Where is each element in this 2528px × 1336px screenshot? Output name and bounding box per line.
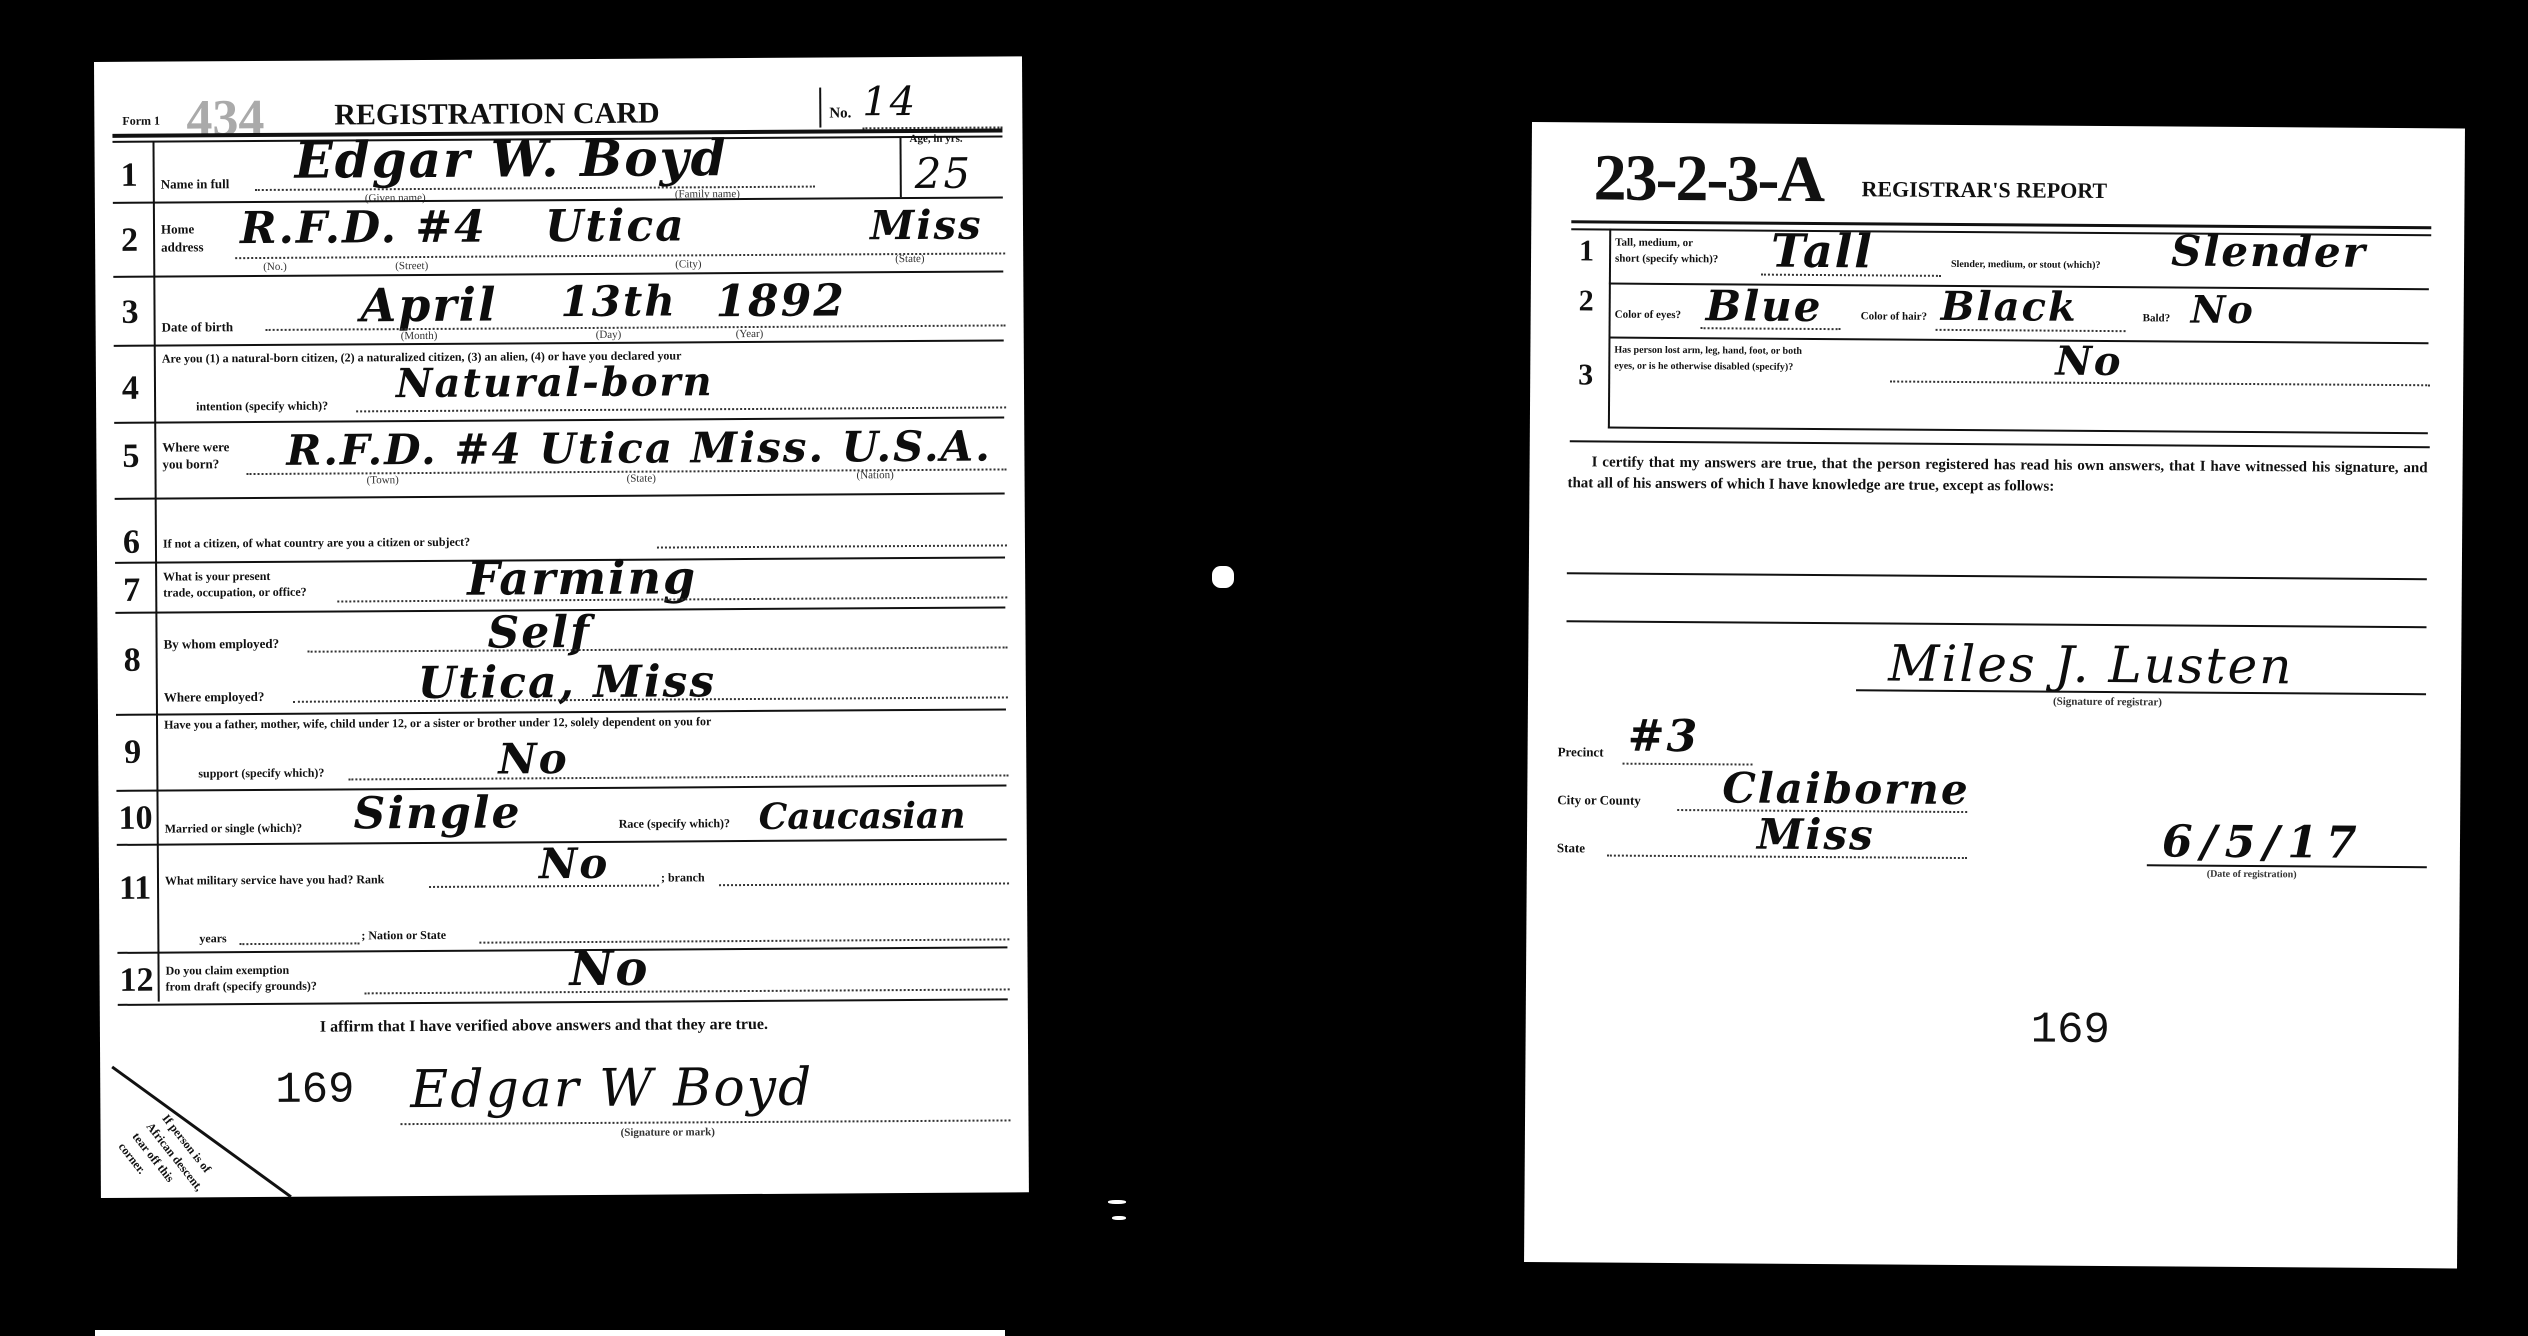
caption-state: (State) bbox=[895, 253, 924, 265]
birthplace-label-2: you born? bbox=[162, 456, 219, 472]
report-row-number-3: 3 bbox=[1578, 358, 1593, 392]
state-label: State bbox=[1557, 840, 1585, 856]
bald-label: Bald? bbox=[2143, 312, 2171, 324]
employer-label: By whom employed? bbox=[164, 636, 280, 653]
caption-town: (Town) bbox=[367, 474, 399, 486]
caption-city: (City) bbox=[675, 258, 701, 270]
affirmation-text: I affirm that I have verified above answ… bbox=[320, 1016, 768, 1037]
dependents-value: No bbox=[498, 734, 569, 783]
row-number-4: 4 bbox=[122, 370, 139, 408]
report-rule-2 bbox=[1608, 337, 2428, 345]
occupation-label-2: trade, occupation, or office? bbox=[163, 585, 307, 601]
registrars-report-card: 23-2-3-A REGISTRAR'S REPORT 1 Tall, medi… bbox=[1524, 122, 2465, 1268]
caption-birth-state: (State) bbox=[627, 473, 656, 485]
report-rule-3b bbox=[1570, 440, 2430, 448]
card-title: REGISTRATION CARD bbox=[334, 97, 660, 133]
build-label: Slender, medium, or stout (which)? bbox=[1951, 259, 2101, 271]
name-label: Name in full bbox=[161, 176, 230, 192]
home-number-value: R.F.D. #4 bbox=[240, 202, 487, 255]
signature-caption: (Signature or mark) bbox=[621, 1126, 715, 1139]
dob-month-value: April bbox=[360, 278, 497, 333]
row-number-11: 11 bbox=[119, 870, 151, 908]
number-column-rule bbox=[152, 142, 159, 1002]
name-value: Edgar W. Boyd bbox=[294, 128, 727, 190]
signature-line bbox=[400, 1119, 1010, 1125]
state-value: Miss bbox=[1757, 810, 1875, 860]
caption-year: (Year) bbox=[736, 328, 764, 340]
citizenship-line bbox=[356, 406, 1006, 412]
caption-street: (Street) bbox=[395, 260, 428, 272]
height-label-1: Tall, medium, or bbox=[1615, 237, 1693, 250]
race-label: Race (specify which)? bbox=[619, 816, 730, 832]
birthplace-value: R.F.D. #4 Utica Miss. U.S.A. bbox=[286, 422, 992, 475]
dob-label: Date of birth bbox=[162, 319, 234, 335]
military-years-label: years bbox=[199, 931, 226, 946]
row-number-3: 3 bbox=[121, 294, 138, 332]
row-rule-3 bbox=[114, 339, 1004, 346]
home-city-value: Utica bbox=[545, 200, 686, 252]
next-card-edge bbox=[95, 1330, 1005, 1336]
report-title: REGISTRAR'S REPORT bbox=[1861, 176, 2107, 204]
citizenship-value: Natural-born bbox=[396, 358, 714, 407]
report-rule-3 bbox=[1608, 427, 2428, 435]
military-branch-label: ; branch bbox=[661, 870, 705, 885]
row-number-5: 5 bbox=[122, 438, 139, 476]
bald-value: No bbox=[2191, 287, 2255, 332]
exemption-label-1: Do you claim exemption bbox=[166, 963, 290, 979]
disability-value: No bbox=[2055, 338, 2123, 385]
row-rule-11 bbox=[117, 946, 1007, 953]
exceptions-line-2 bbox=[1567, 620, 2427, 628]
number-divider bbox=[819, 88, 821, 128]
home-label-1: Home bbox=[161, 221, 194, 237]
precinct-value: #3 bbox=[1628, 711, 1700, 762]
row-number-2: 2 bbox=[121, 222, 138, 260]
height-value: Tall bbox=[1771, 224, 1874, 279]
certification-text: I certify that my answers are true, that… bbox=[1567, 452, 2427, 500]
row-number-6: 6 bbox=[123, 524, 140, 562]
birthplace-label-1: Where were bbox=[162, 439, 229, 455]
row-rule-2 bbox=[113, 270, 1003, 277]
registration-card: Form 1 434 REGISTRATION CARD No. 14 1 Na… bbox=[94, 56, 1029, 1198]
row-number-7: 7 bbox=[123, 572, 140, 610]
hair-color-value: Black bbox=[1941, 283, 2078, 331]
disability-label-2: eyes, or is he otherwise disabled (speci… bbox=[1614, 361, 1793, 373]
row-number-9: 9 bbox=[124, 734, 141, 772]
caption-no: (No.) bbox=[263, 261, 287, 273]
scan-speck-3 bbox=[1112, 1216, 1126, 1220]
military-nation-line bbox=[479, 938, 1009, 943]
registrar-signature: Miles J. Lusten bbox=[1888, 635, 2294, 696]
build-value: Slender bbox=[2171, 226, 2367, 276]
scan-speck-2 bbox=[1108, 1200, 1126, 1204]
registration-date-value: 6/5/17 bbox=[2162, 816, 2365, 868]
precinct-label: Precinct bbox=[1558, 744, 1604, 760]
marital-label: Married or single (which)? bbox=[165, 821, 303, 837]
disability-line bbox=[1890, 381, 2430, 387]
age-value: 25 bbox=[915, 149, 973, 198]
military-rank-value: No bbox=[539, 839, 610, 888]
military-rank-label: What military service have you had? Rank bbox=[165, 872, 384, 888]
foreign-citizen-line bbox=[657, 544, 1007, 548]
occupation-label-1: What is your present bbox=[163, 569, 270, 585]
caption-nation: (Nation) bbox=[857, 469, 894, 481]
work-location-label: Where employed? bbox=[164, 689, 265, 706]
marital-value: Single bbox=[353, 787, 521, 839]
row-rule-5 bbox=[115, 492, 1005, 499]
exemption-line bbox=[365, 988, 1010, 994]
military-nation-label: ; Nation or State bbox=[361, 928, 446, 944]
home-line bbox=[235, 252, 1005, 259]
dependents-label: support (specify which)? bbox=[198, 766, 324, 782]
dependents-question: Have you a father, mother, wife, child u… bbox=[164, 714, 711, 732]
age-label: Age, in yrs. bbox=[909, 133, 962, 145]
form-label: Form 1 bbox=[122, 114, 160, 129]
county-value: Claiborne bbox=[1722, 763, 1970, 814]
exemption-label-2: from draft (specify grounds)? bbox=[166, 979, 317, 995]
county-label: City or County bbox=[1557, 792, 1641, 809]
report-typed-number: 169 bbox=[2030, 1006, 2110, 1057]
row-number-12: 12 bbox=[119, 962, 153, 1000]
home-label-2: address bbox=[161, 239, 203, 255]
row-rule-12 bbox=[118, 998, 1008, 1005]
dob-year-value: 1892 bbox=[715, 275, 846, 327]
occupation-value: Farming bbox=[467, 550, 697, 605]
number-label: No. bbox=[829, 105, 851, 122]
registrar-caption: (Signature of registrar) bbox=[2053, 696, 2162, 709]
race-value: Caucasian bbox=[758, 795, 965, 838]
row-number-1: 1 bbox=[121, 157, 138, 195]
report-number-rule bbox=[1608, 229, 1611, 429]
exemption-value: No bbox=[569, 941, 649, 997]
eye-color-value: Blue bbox=[1706, 281, 1823, 331]
registration-date-caption: (Date of registration) bbox=[2207, 869, 2297, 881]
registrant-signature: Edgar W Boyd bbox=[410, 1058, 813, 1120]
foreign-citizen-label: If not a citizen, of what country are yo… bbox=[163, 535, 470, 552]
exceptions-line-1 bbox=[1567, 572, 2427, 580]
dependents-line bbox=[348, 774, 1008, 780]
home-state-value: Miss bbox=[870, 202, 983, 250]
row-rule-9 bbox=[116, 784, 1006, 791]
scan-speck bbox=[1212, 566, 1234, 588]
caption-month: (Month) bbox=[401, 330, 438, 342]
military-years-line bbox=[239, 942, 359, 945]
employer-line bbox=[308, 646, 1008, 652]
dob-day-value: 13th bbox=[560, 276, 677, 326]
caption-day: (Day) bbox=[596, 329, 622, 341]
citizenship-intention-label: intention (specify which)? bbox=[196, 399, 328, 415]
age-divider bbox=[899, 137, 901, 197]
report-row-number-1: 1 bbox=[1579, 234, 1594, 268]
number-value: 14 bbox=[862, 79, 917, 125]
report-row-number-2: 2 bbox=[1579, 284, 1594, 318]
height-label-2: short (specify which)? bbox=[1615, 253, 1718, 266]
disability-label-1: Has person lost arm, leg, hand, foot, or… bbox=[1614, 345, 1802, 357]
hair-color-label: Color of hair? bbox=[1861, 310, 1927, 322]
military-branch-line bbox=[719, 882, 1009, 886]
eye-color-label: Color of eyes? bbox=[1615, 309, 1681, 321]
row-number-10: 10 bbox=[119, 800, 153, 838]
report-code: 23-2-3-A bbox=[1593, 140, 1823, 218]
hair-color-line bbox=[1936, 329, 2126, 332]
row-number-8: 8 bbox=[124, 642, 141, 680]
